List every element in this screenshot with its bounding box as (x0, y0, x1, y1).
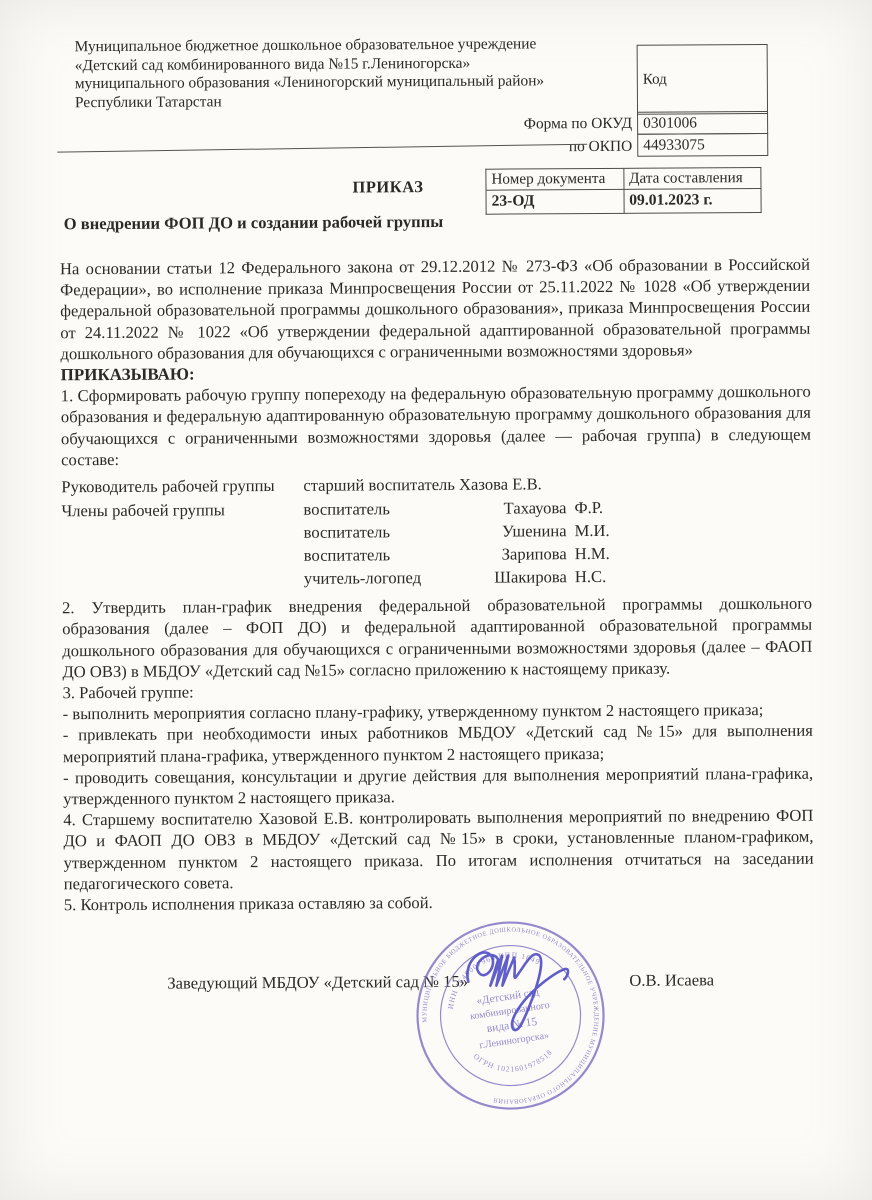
member-row: учитель-логопед Шакирова Н.С. (62, 564, 812, 592)
item-4: 4. Старшему воспитателю Хазовой Е.В. кон… (63, 805, 814, 894)
member-initials: Ф.Р. (574, 496, 603, 519)
doc-number-value: 23-ОД (486, 189, 624, 214)
org-line-1: Муниципальное бюджетное дошкольное образ… (75, 35, 555, 57)
document-page: Муниципальное бюджетное дошкольное образ… (0, 0, 872, 1200)
org-line-3: муниципального образования «Лениногорски… (75, 72, 555, 94)
signatory-name: О.В. Исаева (629, 970, 714, 991)
org-header: Муниципальное бюджетное дошкольное образ… (75, 35, 555, 112)
member-name: Ушенина (422, 519, 567, 543)
member-role: воспитатель (304, 520, 422, 544)
member-role: учитель-логопед (304, 566, 422, 590)
order-body: На основании статьи 12 Федерального зако… (60, 254, 814, 916)
preamble-paragraph: На основании статьи 12 Федерального зако… (60, 254, 811, 365)
code-box: Код (637, 44, 768, 115)
okud-label: Форма по ОКУД (377, 115, 632, 135)
member-name: Тахауова (421, 496, 566, 520)
leader-label: Руководитель рабочей группы (61, 475, 303, 498)
doc-date-header: Дата составления (624, 168, 761, 190)
member-name: Шакирова (422, 565, 567, 589)
leader-value: старший воспитатель Хазова Е.В. (303, 473, 542, 496)
members-block: Члены рабочей группы воспитатель Тахауов… (61, 495, 812, 592)
member-initials: Н.М. (575, 542, 610, 565)
item-3-bullet-3: - проводить совещания, консультации и др… (63, 763, 813, 810)
members-label: Члены рабочей группы (61, 498, 303, 522)
handwritten-signature (454, 929, 630, 1048)
member-initials: М.И. (575, 519, 610, 542)
doc-info-table: Номер документа Дата составления 23-ОД 0… (485, 167, 761, 215)
doc-number-header: Номер документа (486, 168, 624, 190)
member-initials: Н.С. (575, 565, 606, 588)
order-title: ПРИКАЗ (352, 177, 423, 197)
member-role: воспитатель (303, 497, 421, 521)
leader-row: Руководитель рабочей группы старший восп… (61, 472, 811, 498)
doc-date-value: 09.01.2023 г. (624, 189, 761, 214)
member-role: воспитатель (304, 543, 422, 567)
item-2: 2. Утвердить план-график внедрения федер… (62, 593, 813, 682)
okud-value: 0301006 (637, 111, 768, 135)
org-line-4: Республики Татарстан (75, 91, 555, 113)
order-subject: О внедрении ФОП ДО и создании рабочей гр… (64, 212, 444, 234)
item-3-bullet-2: - привлекать при необходимости иных рабо… (63, 720, 813, 767)
member-name: Зарипова (422, 542, 567, 566)
okpo-value: 44933075 (637, 133, 768, 157)
item-1: 1. Сформировать рабочую группу попереход… (61, 381, 812, 470)
item-5: 5. Контроль исполнения приказа оставляю … (64, 890, 814, 916)
